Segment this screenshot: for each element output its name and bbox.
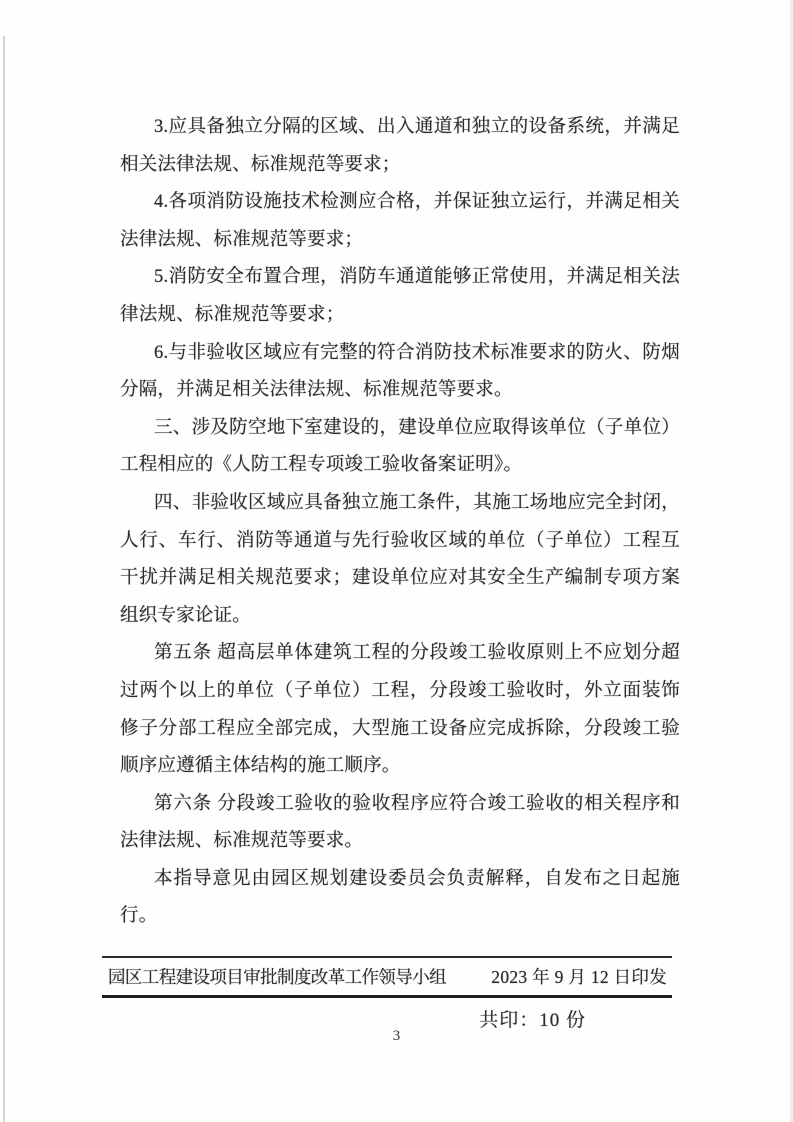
scan-edge-left xyxy=(3,36,5,1122)
body-line: 法律法规、标准规范等要求； xyxy=(120,222,680,260)
body-line: 行。 xyxy=(120,898,680,936)
body-line: 人行、车行、消防等通道与先行验收区域的单位（子单位）工程互不 xyxy=(120,523,680,561)
body-line: 相关法律法规、标准规范等要求； xyxy=(120,147,680,185)
body-line: 组织专家论证。 xyxy=(120,598,680,636)
body-line: 法律法规、标准规范等要求。 xyxy=(120,823,680,861)
body-line: 干扰并满足相关规范要求；建设单位应对其安全生产编制专项方案并 xyxy=(120,560,680,598)
body-line: 第六条 分段竣工验收的验收程序应符合竣工验收的相关程序和 xyxy=(120,786,680,824)
document-page: 3.应具备独立分隔的区域、出入通道和独立的设备系统，并满足 相关法律法规、标准规… xyxy=(0,0,793,1122)
page-number: 3 xyxy=(0,1028,793,1045)
body-line: 律法规、标准规范等要求； xyxy=(120,297,680,335)
body-line: 工程相应的《人防工程专项竣工验收备案证明》。 xyxy=(120,447,680,485)
document-body: 3.应具备独立分隔的区域、出入通道和独立的设备系统，并满足 相关法律法规、标准规… xyxy=(120,109,680,936)
body-line: 四、非验收区域应具备独立施工条件，其施工场地应完全封闭， xyxy=(120,485,680,523)
body-line: 分隔，并满足相关法律法规、标准规范等要求。 xyxy=(120,372,680,410)
body-line: 4.各项消防设施技术检测应合格，并保证独立运行，并满足相关 xyxy=(120,184,680,222)
body-line: 过两个以上的单位（子单位）工程，分段竣工验收时，外立面装饰装 xyxy=(120,673,680,711)
body-line: 本指导意见由园区规划建设委员会负责解释，自发布之日起施 xyxy=(120,861,680,899)
body-line: 6.与非验收区域应有完整的符合消防技术标准要求的防火、防烟 xyxy=(120,335,680,373)
body-line: 顺序应遵循主体结构的施工顺序。 xyxy=(120,748,680,786)
colophon: 园区工程建设项目审批制度改革工作领导小组 2023 年 9 月 12 日印发 共… xyxy=(102,956,672,1032)
issuing-body: 园区工程建设项目审批制度改革工作领导小组 xyxy=(108,964,446,989)
body-line: 3.应具备独立分隔的区域、出入通道和独立的设备系统，并满足 xyxy=(120,109,680,147)
body-line: 5.消防安全布置合理，消防车通道能够正常使用，并满足相关法 xyxy=(120,259,680,297)
body-line: 第五条 超高层单体建筑工程的分段竣工验收原则上不应划分超 xyxy=(120,635,680,673)
colophon-row: 园区工程建设项目审批制度改革工作领导小组 2023 年 9 月 12 日印发 xyxy=(102,956,672,998)
body-line: 三、涉及防空地下室建设的，建设单位应取得该单位（子单位） xyxy=(120,410,680,448)
body-line: 修子分部工程应全部完成，大型施工设备应完成拆除，分段竣工验收 xyxy=(120,711,680,749)
print-date: 2023 年 9 月 12 日印发 xyxy=(491,964,667,989)
